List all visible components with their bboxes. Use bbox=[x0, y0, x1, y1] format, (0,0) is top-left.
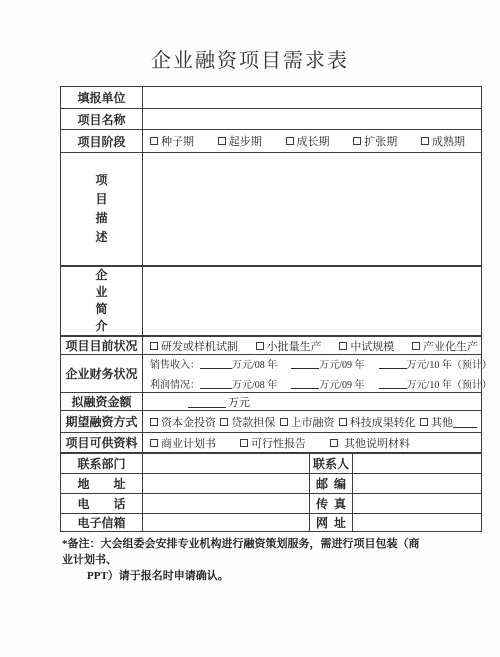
footnote-line-2: PPT）请于报名时申请确认。 bbox=[62, 568, 422, 584]
checkbox-icon bbox=[286, 137, 294, 145]
table-row-reporting-unit: 填报单位 bbox=[61, 87, 481, 108]
website-input-cell[interactable] bbox=[353, 514, 481, 531]
method-option-other[interactable]: 其他 bbox=[420, 414, 477, 430]
table-row-phone: 电 话 传 真 bbox=[61, 493, 481, 513]
method-option-loan-guarantee[interactable]: 贷款担保 bbox=[220, 414, 275, 430]
reporting-unit-input-cell[interactable] bbox=[143, 87, 481, 108]
checkbox-icon bbox=[256, 342, 264, 350]
blank-field[interactable] bbox=[200, 359, 232, 369]
project-stage-label: 项目阶段 bbox=[61, 130, 143, 152]
table-row-project-stage: 项目阶段 种子期 起步期 成长期 扩张期 成熟期 bbox=[61, 129, 481, 152]
checkbox-icon bbox=[150, 342, 158, 350]
method-option-tech-transfer[interactable]: 科技成果转化 bbox=[339, 414, 416, 430]
reporting-unit-label: 填报单位 bbox=[61, 87, 143, 108]
status-option-rd-prototype[interactable]: 研发或样机试制 bbox=[150, 338, 238, 354]
postal-code-input-cell[interactable] bbox=[353, 474, 481, 493]
address-input-cell[interactable] bbox=[143, 474, 309, 493]
contact-dept-label: 联系部门 bbox=[61, 454, 143, 473]
checkbox-icon bbox=[353, 137, 361, 145]
checkbox-icon bbox=[218, 137, 226, 145]
project-status-label: 项目目前状况 bbox=[61, 337, 143, 354]
checkbox-icon bbox=[150, 418, 158, 426]
table-row-financial-status: 企业财务状况 销售收入： 万元/08 年 万元/09 年 万元/10 年（预计）… bbox=[61, 354, 481, 392]
form-title: 企业融资项目需求表 bbox=[0, 44, 500, 73]
stage-option-startup[interactable]: 起步期 bbox=[218, 133, 262, 149]
available-materials-label: 项目可供资料 bbox=[61, 433, 143, 452]
blank-field[interactable] bbox=[291, 359, 319, 369]
table-row-financing-amount: 拟融资金额 万元 bbox=[61, 392, 481, 410]
email-label: 电子信箱 bbox=[61, 514, 143, 531]
stage-option-mature[interactable]: 成熟期 bbox=[421, 133, 465, 149]
status-option-industrialized[interactable]: 产业化生产 bbox=[412, 338, 478, 354]
postal-code-label: 邮 编 bbox=[309, 474, 353, 493]
project-description-label: 项 目 描 述 bbox=[95, 171, 107, 247]
blank-field[interactable] bbox=[200, 379, 232, 389]
checkbox-icon bbox=[280, 418, 288, 426]
stage-option-expansion[interactable]: 扩张期 bbox=[353, 133, 397, 149]
checkbox-icon bbox=[420, 418, 428, 426]
profit-line: 利润情况： 万元/08 年 万元/09 年 万元/10 年（预计） bbox=[150, 376, 492, 391]
checkbox-icon bbox=[412, 342, 420, 350]
form-table: 填报单位 项目名称 项目阶段 种子期 起步期 成长期 扩张期 成熟期 项 目 描… bbox=[60, 86, 482, 532]
email-input-cell[interactable] bbox=[143, 514, 309, 531]
table-row-project-description: 项 目 描 述 bbox=[61, 152, 481, 265]
blank-field[interactable] bbox=[379, 379, 407, 389]
footnote-line-1: *备注：大会组委会安排专业机构进行融资策划服务，需进行项目包装（商业计划书、 bbox=[62, 536, 422, 568]
status-option-small-batch[interactable]: 小批量生产 bbox=[256, 338, 322, 354]
fax-input-cell[interactable] bbox=[353, 494, 481, 513]
checkbox-icon bbox=[330, 439, 338, 447]
checkbox-icon bbox=[339, 342, 347, 350]
fax-label: 传 真 bbox=[309, 494, 353, 513]
project-name-input-cell[interactable] bbox=[143, 109, 481, 129]
financing-method-label: 期望融资方式 bbox=[61, 411, 143, 432]
blank-field[interactable] bbox=[453, 418, 477, 428]
checkbox-icon bbox=[150, 137, 158, 145]
table-row-email: 电子信箱 网 址 bbox=[61, 513, 481, 531]
table-row-contact-dept: 联系部门 联系人 bbox=[61, 452, 481, 473]
checkbox-icon bbox=[150, 439, 158, 447]
blank-field[interactable] bbox=[291, 379, 319, 389]
project-name-label: 项目名称 bbox=[61, 109, 143, 129]
available-materials-options: 商业计划书 可行性报告 其他说明材料 bbox=[143, 433, 481, 452]
financial-status-label: 企业财务状况 bbox=[61, 355, 143, 392]
status-option-pilot-scale[interactable]: 中试规模 bbox=[339, 338, 394, 354]
material-option-business-plan[interactable]: 商业计划书 bbox=[150, 435, 216, 451]
contact-dept-input-cell[interactable] bbox=[143, 454, 309, 473]
sales-revenue-line: 销售收入： 万元/08 年 万元/09 年 万元/10 年（预计） bbox=[150, 356, 492, 371]
checkbox-icon bbox=[421, 137, 429, 145]
project-description-input-cell[interactable] bbox=[143, 153, 481, 265]
financing-amount-label: 拟融资金额 bbox=[61, 393, 143, 410]
table-row-company-profile: 企 业 简 介 bbox=[61, 265, 481, 335]
form-page: 企业融资项目需求表 填报单位 项目名称 项目阶段 种子期 起步期 成长期 扩张期… bbox=[0, 0, 500, 657]
amount-unit: 万元 bbox=[228, 394, 250, 410]
checkbox-icon bbox=[339, 418, 347, 426]
table-row-project-name: 项目名称 bbox=[61, 108, 481, 129]
table-row-address: 地 址 邮 编 bbox=[61, 473, 481, 493]
material-option-other-docs[interactable]: 其他说明材料 bbox=[330, 435, 410, 451]
checkbox-icon bbox=[220, 418, 228, 426]
table-row-available-materials: 项目可供资料 商业计划书 可行性报告 其他说明材料 bbox=[61, 432, 481, 452]
phone-input-cell[interactable] bbox=[143, 494, 309, 513]
material-option-feasibility-report[interactable]: 可行性报告 bbox=[240, 435, 306, 451]
financing-amount-cell: 万元 bbox=[143, 393, 481, 410]
method-option-ipo[interactable]: 上市融资 bbox=[280, 414, 335, 430]
table-row-financing-method: 期望融资方式 资本金投资 贷款担保 上市融资 科技成果转化 其他 bbox=[61, 410, 481, 432]
blank-field[interactable] bbox=[188, 398, 226, 408]
contact-person-label: 联系人 bbox=[309, 454, 353, 473]
financial-status-cell: 销售收入： 万元/08 年 万元/09 年 万元/10 年（预计） 利润情况： … bbox=[143, 355, 492, 392]
address-label: 地 址 bbox=[61, 474, 143, 493]
contact-person-input-cell[interactable] bbox=[353, 454, 481, 473]
phone-label: 电 话 bbox=[61, 494, 143, 513]
project-stage-options: 种子期 起步期 成长期 扩张期 成熟期 bbox=[143, 130, 481, 152]
profit-prefix: 利润情况： bbox=[150, 376, 200, 391]
website-label: 网 址 bbox=[309, 514, 353, 531]
method-option-equity[interactable]: 资本金投资 bbox=[150, 414, 216, 430]
table-row-project-status: 项目目前状况 研发或样机试制 小批量生产 中试规模 产业化生产 bbox=[61, 335, 481, 354]
project-status-options: 研发或样机试制 小批量生产 中试规模 产业化生产 bbox=[143, 337, 481, 354]
blank-field[interactable] bbox=[379, 359, 407, 369]
stage-option-growth[interactable]: 成长期 bbox=[286, 133, 330, 149]
stage-option-seed[interactable]: 种子期 bbox=[150, 133, 194, 149]
financing-method-options: 资本金投资 贷款担保 上市融资 科技成果转化 其他 bbox=[143, 411, 481, 432]
company-profile-label: 企 业 简 介 bbox=[95, 267, 107, 335]
checkbox-icon bbox=[240, 439, 248, 447]
company-profile-input-cell[interactable] bbox=[143, 267, 481, 335]
footnote: *备注：大会组委会安排专业机构进行融资策划服务，需进行项目包装（商业计划书、 P… bbox=[62, 536, 422, 584]
sales-revenue-prefix: 销售收入： bbox=[150, 356, 200, 371]
